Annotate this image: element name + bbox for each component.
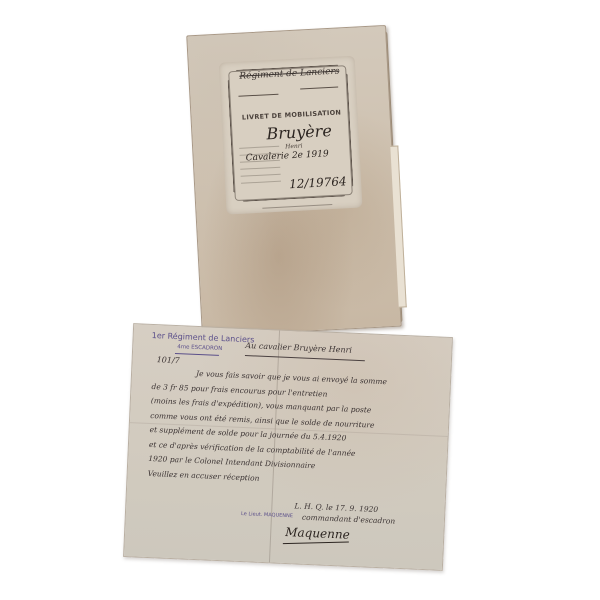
signature-flourish (283, 541, 349, 544)
registration-number: 12/19764 (289, 174, 347, 191)
label-footer-line (262, 204, 332, 209)
booklet-inner-page-edge (390, 145, 406, 307)
addressee: Au cavalier Bruyère Henri (245, 341, 352, 355)
regiment-stamp: 1er Régiment de Lanciers (152, 331, 255, 344)
soldier-surname: Bruyère (266, 121, 332, 143)
officer-stamp: Le Lieut. MAQUENNE (241, 511, 293, 519)
booklet-cover-label: Régiment de Lanciers LIVRET DE MOBILISAT… (219, 56, 363, 215)
letter-body: Je vous fais savoir que je vous ai envoy… (147, 365, 442, 494)
handwritten-letter: 1er Régiment de Lanciers 4me ESCADRON 10… (123, 323, 453, 571)
mobilisation-booklet: Régiment de Lanciers LIVRET DE MOBILISAT… (186, 25, 402, 337)
escadron-stamp: 4me ESCADRON (177, 344, 222, 352)
stamp-underline (175, 353, 219, 356)
soldier-firstname: Henri (285, 143, 303, 151)
reference-number: 101/7 (156, 355, 179, 365)
officer-title: commandant d'escadron (302, 513, 396, 526)
officer-signature: Maquenne (285, 525, 350, 542)
addressee-underline (245, 355, 365, 361)
